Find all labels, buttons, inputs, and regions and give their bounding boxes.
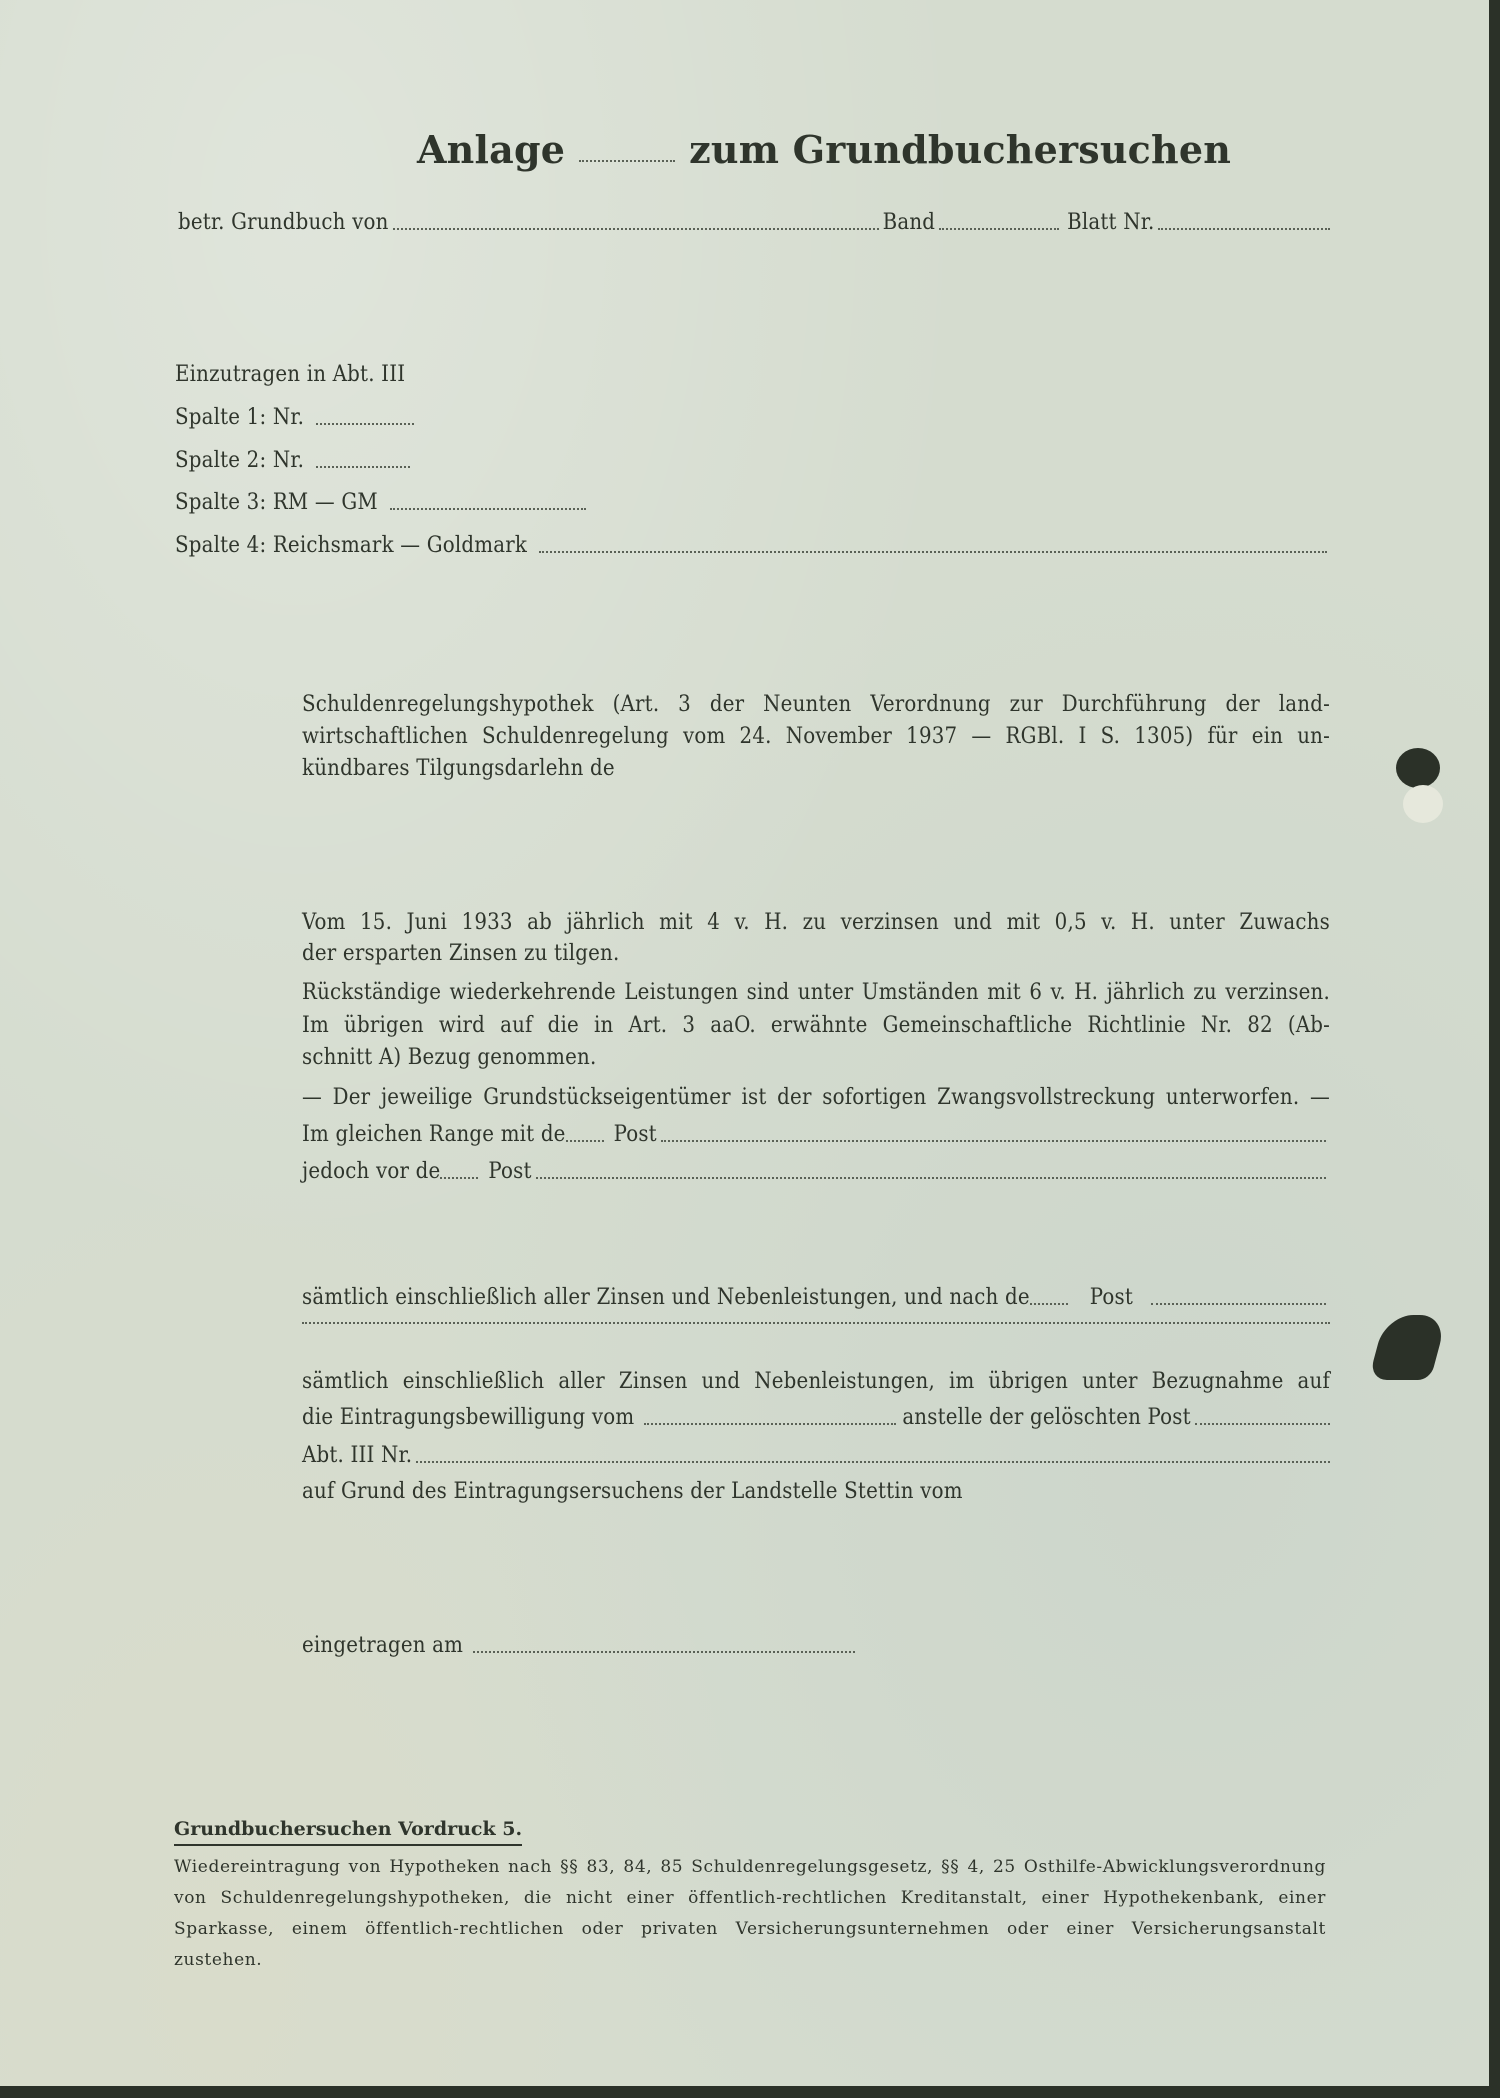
spalte-2-label: Spalte 2: Nr. xyxy=(175,448,304,474)
blatt-label: Blatt Nr. xyxy=(1067,210,1154,236)
enforcement-line: — Der jeweilige Grundstückseigentümer is… xyxy=(302,1085,1330,1111)
spalte-1-label: Spalte 1: Nr. xyxy=(175,405,304,431)
equal-rank-post-label: Post xyxy=(614,1122,657,1148)
entry-heading: Einzutragen in Abt. III xyxy=(175,362,405,388)
annex-number-field[interactable] xyxy=(579,160,675,162)
before-rank-post-label: Post xyxy=(488,1159,531,1185)
spalte-4-label: Spalte 4: Reichsmark — Goldmark xyxy=(175,533,527,559)
punch-hole-icon xyxy=(1396,748,1440,788)
registered-label: eingetragen am xyxy=(302,1633,463,1659)
approval-date-field[interactable] xyxy=(644,1423,896,1425)
punch-hole-patch-icon xyxy=(1403,785,1443,823)
mortgage-line-2: wirtschaftlichen Schuldenregelung vom 24… xyxy=(302,724,1330,750)
interest-line-1: sämtlich einschließlich aller Zinsen und… xyxy=(302,1285,1330,1311)
mortgage-text-3: kündbares Tilgungsdarlehn de xyxy=(302,756,615,782)
after-post-label: Post xyxy=(1090,1285,1133,1311)
spalte-3-label: Spalte 3: RM — GM xyxy=(175,490,378,516)
form-page: Anlage zum Grundbuchersuchen betr. Grund… xyxy=(0,0,1489,2086)
terms-line-3: Rückständige wiederkehrende Leistungen s… xyxy=(302,980,1330,1006)
terms-text-4: Im übrigen wird auf die in Art. 3 aaO. e… xyxy=(302,1013,1330,1039)
interest-text-1: sämtlich einschließlich aller Zinsen und… xyxy=(302,1285,1030,1311)
equal-rank-line: Im gleichen Range mit de Post xyxy=(302,1122,1330,1148)
approval-label: die Eintragungsbewilligung vom xyxy=(302,1405,634,1431)
title-suffix: zum Grundbuchersuchen xyxy=(689,128,1231,172)
deleted-post-field[interactable] xyxy=(1195,1423,1330,1425)
terms-line-5: schnitt A) Bezug genommen. xyxy=(302,1045,596,1071)
interest-line-2: sämtlich einschließlich aller Zinsen und… xyxy=(302,1369,1330,1395)
request-line: auf Grund des Eintragungsersuchens der L… xyxy=(302,1479,963,1505)
abt-nr-label: Abt. III Nr. xyxy=(302,1443,412,1469)
spalte-2-line: Spalte 2: Nr. xyxy=(175,448,414,474)
continuation-line xyxy=(302,1322,1330,1330)
abt-nr-line: Abt. III Nr. xyxy=(302,1443,1330,1469)
terms-line-2: der ersparten Zinsen zu tilgen. xyxy=(302,941,619,967)
enforcement-text: — Der jeweilige Grundstückseigentümer is… xyxy=(302,1085,1330,1111)
spalte-3-line: Spalte 3: RM — GM xyxy=(175,490,590,516)
before-rank-post-field[interactable] xyxy=(536,1177,1326,1179)
equal-rank-post-field[interactable] xyxy=(661,1140,1326,1142)
interest-text-2: sämtlich einschließlich aller Zinsen und… xyxy=(302,1369,1330,1395)
registered-date-field[interactable] xyxy=(473,1651,855,1653)
terms-text-5: schnitt A) Bezug genommen. xyxy=(302,1045,596,1071)
spalte-4-field[interactable] xyxy=(539,551,1327,553)
after-article-field[interactable] xyxy=(1030,1303,1068,1305)
grundbuch-field[interactable] xyxy=(393,228,879,230)
registered-line: eingetragen am xyxy=(302,1633,859,1659)
spalte-4-line: Spalte 4: Reichsmark — Goldmark xyxy=(175,533,1331,559)
torn-punch-hole-icon xyxy=(1368,1315,1447,1380)
request-text: auf Grund des Eintragungsersuchens der L… xyxy=(302,1479,963,1505)
mortgage-line-1: Schuldenregelungshypothek (Art. 3 der Ne… xyxy=(302,692,1330,718)
entry-heading-text: Einzutragen in Abt. III xyxy=(175,362,405,388)
spalte-1-field[interactable] xyxy=(316,423,414,425)
deleted-post-label: anstelle der gelöschten Post xyxy=(902,1405,1190,1431)
before-rank-label: jedoch vor de xyxy=(302,1159,440,1185)
grundbuch-label: betr. Grundbuch von xyxy=(178,210,389,236)
mortgage-line-3: kündbares Tilgungsdarlehn de xyxy=(302,756,615,782)
band-label: Band xyxy=(883,210,936,236)
band-field[interactable] xyxy=(939,228,1059,230)
land-register-line: betr. Grundbuch von Band Blatt Nr. xyxy=(178,210,1334,236)
terms-line-4: Im übrigen wird auf die in Art. 3 aaO. e… xyxy=(302,1013,1330,1039)
continuation-field[interactable] xyxy=(302,1322,1330,1324)
terms-text-1: Vom 15. Juni 1933 ab jährlich mit 4 v. H… xyxy=(302,910,1330,936)
equal-rank-article-field[interactable] xyxy=(566,1140,604,1142)
equal-rank-label: Im gleichen Range mit de xyxy=(302,1122,566,1148)
form-description: Wiedereintragung von Hypotheken nach §§ … xyxy=(174,1852,1326,1976)
mortgage-text-1: Schuldenregelungshypothek (Art. 3 der Ne… xyxy=(302,692,1330,718)
after-post-field[interactable] xyxy=(1151,1303,1326,1305)
blatt-field[interactable] xyxy=(1158,228,1330,230)
terms-line-1: Vom 15. Juni 1933 ab jährlich mit 4 v. H… xyxy=(302,910,1330,936)
form-name: Grundbuchersuchen Vordruck 5. xyxy=(174,1818,522,1846)
spalte-2-field[interactable] xyxy=(316,466,410,468)
approval-line: die Eintragungsbewilligung vom anstelle … xyxy=(302,1405,1330,1431)
title-prefix: Anlage xyxy=(417,128,565,172)
spalte-3-field[interactable] xyxy=(390,508,586,510)
form-title: Anlage zum Grundbuchersuchen xyxy=(417,128,1107,172)
spalte-1-line: Spalte 1: Nr. xyxy=(175,405,418,431)
abt-nr-field[interactable] xyxy=(416,1461,1330,1463)
before-rank-line: jedoch vor de Post xyxy=(302,1159,1330,1185)
terms-text-2: der ersparten Zinsen zu tilgen. xyxy=(302,941,619,967)
mortgage-text-2: wirtschaftlichen Schuldenregelung vom 24… xyxy=(302,724,1330,750)
terms-text-3: Rückständige wiederkehrende Leistungen s… xyxy=(302,980,1330,1006)
before-rank-article-field[interactable] xyxy=(440,1177,478,1179)
